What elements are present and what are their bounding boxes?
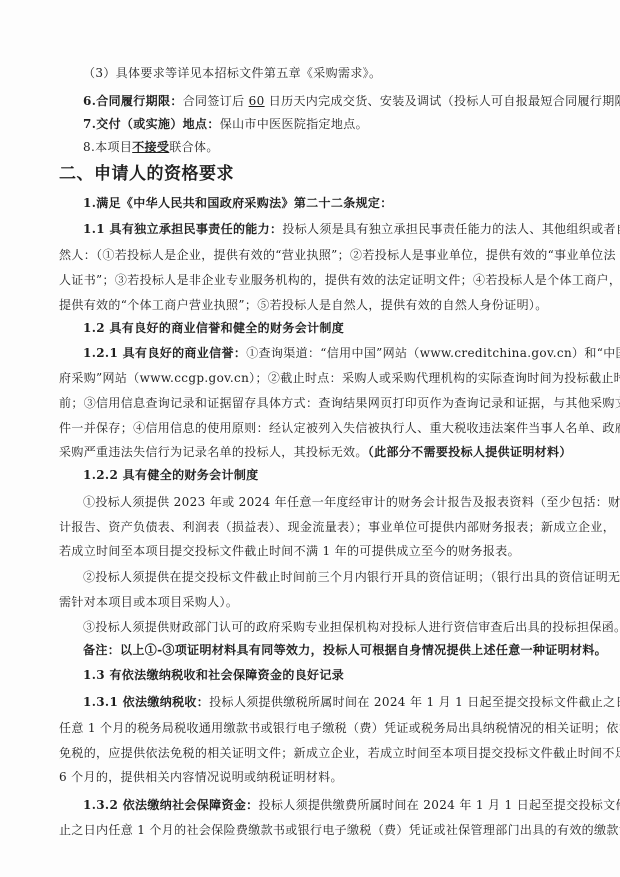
text: （3）具体要求等详见本招标文件第五章《采购需求》。 — [83, 66, 381, 80]
paragraph-line: 6 个月的，提供相关内容情况说明或纳税证明材料。 — [59, 769, 567, 785]
text: 1.3 有依法缴纳税收和社会保障资金的良好记录 — [83, 668, 344, 682]
text: 保山市中医医院指定地点。 — [220, 117, 368, 131]
contract-period-line: 6.合同履行期限：合同签订后 60 日历天内完成交货、安装及调试（投标人可自报最… — [83, 93, 567, 109]
text: 计报告、资产负债表、利润表（损益表）、现金流量表）；事业单位可提供内部财务报表；… — [59, 520, 615, 534]
text: 止之日内任意 1 个月的社会保险费缴款书或银行电子缴税（费）凭证或社保管理部门出… — [59, 823, 620, 837]
paragraph-line: 任意 1 个月的税务局税收通用缴款书或银行电子缴税（费）凭证或税务局出具纳税情况… — [59, 720, 567, 736]
text: 提供有效的“个体工商户营业执照”；⑤若投标人是自然人，提供有效的自然人身份证明）… — [59, 298, 548, 312]
note: （此部分不需要投标人提供证明材料） — [368, 445, 572, 459]
delivery-location-line: 7.交付（或实施）地点：保山市中医医院指定地点。 — [83, 116, 567, 132]
subheading: 1.3 有依法缴纳税收和社会保障资金的良好记录 — [83, 667, 567, 683]
subheading: 1.2.2 具有健全的财务会计制度 — [83, 467, 567, 483]
paragraph-line: 前；③信用信息查询记录和证据留存具体方式：查询结果网页打印页作为查询记录和证据，… — [59, 395, 567, 411]
consortium-line: 8.本项目不接受联合体。 — [83, 139, 567, 155]
paragraph-line: 采购严重违法失信行为记录名单的投标人，其投标无效。（此部分不需要投标人提供证明材… — [59, 444, 567, 460]
text: 1.2 具有良好的商业信誉和健全的财务会计制度 — [83, 321, 344, 335]
text: 1.满足《中华人民共和国政府采购法》第二十二条规定： — [83, 196, 393, 210]
text: 联合体。 — [169, 140, 218, 154]
paragraph-line: 1.满足《中华人民共和国政府采购法》第二十二条规定： — [83, 195, 567, 211]
text: 采购严重违法失信行为记录名单的投标人，其投标无效。 — [59, 445, 368, 459]
paragraph-line: （3）具体要求等详见本招标文件第五章《采购需求》。 — [83, 65, 567, 81]
paragraph-line: 1.3.1 依法缴纳税收：投标人须提供缴税所属时间在 2024 年 1 月 1 … — [83, 694, 567, 710]
label: 6.合同履行期限： — [83, 94, 183, 108]
text: ①投标人须提供 2023 年或 2024 年任意一年度经审计的财务会计报告及报表… — [83, 495, 620, 509]
paragraph-line: 1.1 具有独立承担民事责任的能力：投标人须是具有独立承担民事责任能力的法人、其… — [83, 221, 567, 237]
text: 然人：（①若投标人是企业，提供有效的“营业执照”；②若投标人是事业单位，提供有效… — [59, 248, 616, 262]
text: ②投标人须提供在提交投标文件截止时间前三个月内银行开具的资信证明；（银行出具的资… — [83, 570, 620, 584]
paragraph-line: 免税的，应提供依法免税的相关证明文件；新成立企业，若成立时间至本项目提交投标文件… — [59, 745, 567, 761]
paragraph-line: 1.3.2 依法缴纳社会保障资金：投标人须提供缴费所属时间在 2024 年 1 … — [83, 797, 567, 813]
text: 日历天内完成交货、安装及调试（投标人可自报最短合同履行期限）。 — [265, 94, 620, 108]
paragraph-line: 提供有效的“个体工商户营业执照”；⑤若投标人是自然人，提供有效的自然人身份证明）… — [59, 297, 567, 313]
paragraph-line: 止之日内任意 1 个月的社会保险费缴款书或银行电子缴税（费）凭证或社保管理部门出… — [59, 822, 567, 838]
text: 备注：以上①-③项证明材料具有同等效力，投标人可根据自身情况提供上述任意一种证明… — [83, 643, 607, 657]
text: 6 个月的，提供相关内容情况说明或纳税证明材料。 — [59, 770, 343, 784]
paragraph-line: 1.2.1 具有良好的商业信誉：①查询渠道：“信用中国”网站（www.credi… — [83, 345, 567, 361]
text: 人证书”；③若投标人是非企业专业服务机构的，提供有效的法定证明文件；④若投标人是… — [59, 273, 620, 287]
text: ①查询渠道：“信用中国”网站（www.creditchina.gov.cn）和“… — [246, 346, 620, 360]
paragraph-line: 然人：（①若投标人是企业，提供有效的“营业执照”；②若投标人是事业单位，提供有效… — [59, 247, 567, 263]
label: 1.3.2 依法缴纳社会保障资金： — [83, 798, 259, 812]
text: 1.2.2 具有健全的财务会计制度 — [83, 468, 259, 482]
text: 8.本项目 — [83, 140, 132, 154]
remark-line: 备注：以上①-③项证明材料具有同等效力，投标人可根据自身情况提供上述任意一种证明… — [83, 642, 567, 658]
text: 府采购”网站（www.ccgp.gov.cn）；②截止时点：采购人或采购代理机构… — [59, 371, 620, 385]
subheading: 1.2 具有良好的商业信誉和健全的财务会计制度 — [83, 320, 567, 336]
section-heading: 二、申请人的资格要求 — [59, 159, 234, 184]
paragraph-line: 人证书”；③若投标人是非企业专业服务机构的，提供有效的法定证明文件；④若投标人是… — [59, 272, 567, 288]
text: 投标人须提供缴税所属时间在 2024 年 1 月 1 日起至提交投标文件截止之日… — [209, 695, 620, 709]
paragraph-line: ①投标人须提供 2023 年或 2024 年任意一年度经审计的财务会计报告及报表… — [83, 494, 567, 510]
text: 免税的，应提供依法免税的相关证明文件；新成立企业，若成立时间至本项目提交投标文件… — [59, 746, 620, 760]
paragraph-line: 府采购”网站（www.ccgp.gov.cn）；②截止时点：采购人或采购代理机构… — [59, 370, 567, 386]
paragraph-line: 若成立时间至本项目提交投标文件截止时间不满 1 年的可提供成立至今的财务报表。 — [59, 543, 567, 559]
paragraph-line: 计报告、资产负债表、利润表（损益表）、现金流量表）；事业单位可提供内部财务报表；… — [59, 519, 567, 535]
emphasis: 不接受 — [132, 140, 169, 154]
paragraph-line: 需针对本项目或本项目采购人）。 — [59, 594, 567, 610]
document-page: （3）具体要求等详见本招标文件第五章《采购需求》。 6.合同履行期限：合同签订后… — [0, 0, 620, 877]
label: 1.2.1 具有良好的商业信誉： — [83, 346, 246, 360]
scan-artifact — [347, 826, 349, 831]
text: 投标人须提供缴费所属时间在 2024 年 1 月 1 日起至提交投标文件截 — [259, 798, 620, 812]
paragraph-line: ③投标人须提供财政部门认可的政府采购专业担保机构对投标人进行资信审查后出具的投标… — [83, 619, 567, 635]
label: 7.交付（或实施）地点： — [83, 117, 220, 131]
text: 若成立时间至本项目提交投标文件截止时间不满 1 年的可提供成立至今的财务报表。 — [59, 544, 520, 558]
paragraph-line: ②投标人须提供在提交投标文件截止时间前三个月内银行开具的资信证明；（银行出具的资… — [83, 569, 567, 585]
text: 合同签订后 — [183, 94, 249, 108]
text: ③投标人须提供财政部门认可的政府采购专业担保机构对投标人进行资信审查后出具的投标… — [83, 620, 620, 634]
text: 前；③信用信息查询记录和证据留存具体方式：查询结果网页打印页作为查询记录和证据，… — [59, 396, 620, 410]
label: 1.3.1 依法缴纳税收： — [83, 695, 209, 709]
text: 任意 1 个月的税务局税收通用缴款书或银行电子缴税（费）凭证或税务局出具纳税情况… — [59, 721, 620, 735]
paragraph-line: 件一并保存；④信用信息的使用原则：经认定被列入失信被执行人、重大税收违法案件当事… — [59, 420, 567, 436]
label: 1.1 具有独立承担民事责任的能力： — [83, 222, 282, 236]
text: 投标人须是具有独立承担民事责任能力的法人、其他组织或者自 — [282, 222, 620, 236]
text: 件一并保存；④信用信息的使用原则：经认定被列入失信被执行人、重大税收违法案件当事… — [59, 421, 620, 435]
text: 需针对本项目或本项目采购人）。 — [59, 595, 238, 609]
days-value: 60 — [249, 94, 265, 108]
